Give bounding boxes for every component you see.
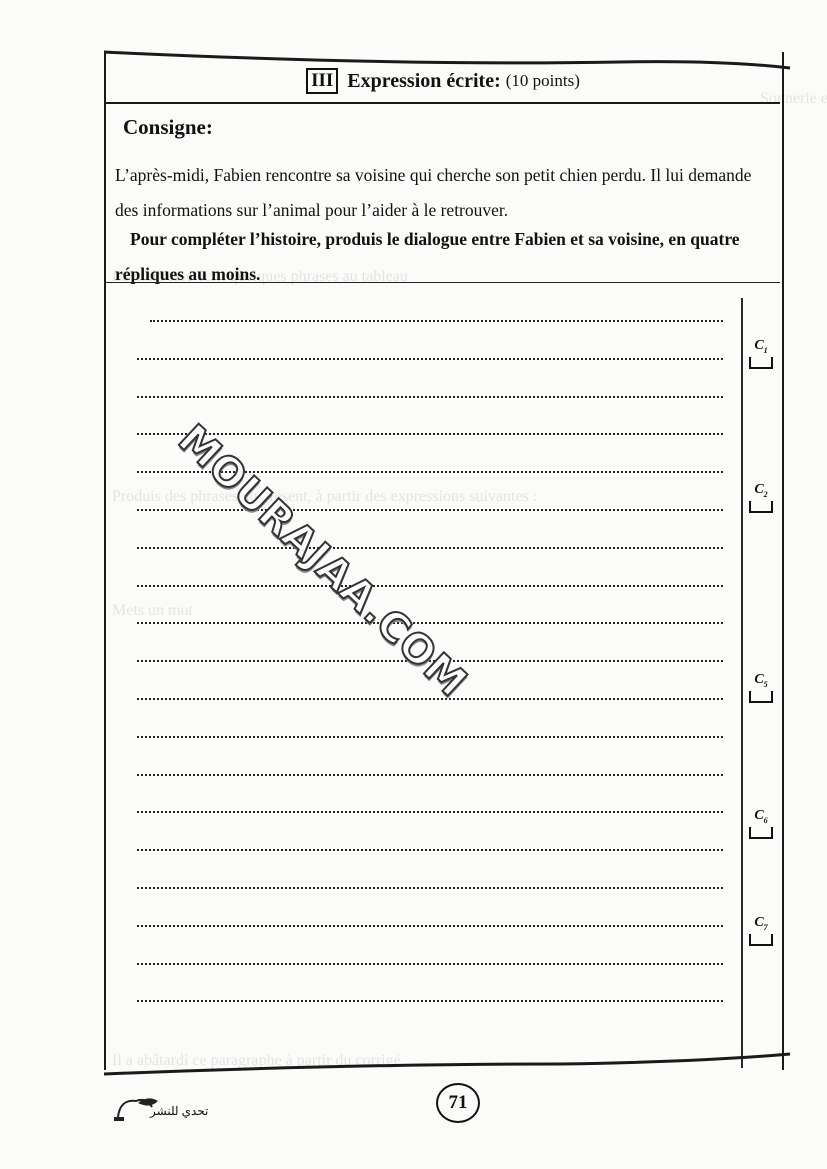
- instruction-text: Pour compléter l’histoire, produis le di…: [115, 229, 740, 284]
- criterion-marker: C6: [748, 808, 774, 839]
- answer-line[interactable]: [137, 698, 723, 700]
- answer-line[interactable]: [137, 622, 723, 624]
- answer-line[interactable]: [137, 849, 723, 851]
- answer-line[interactable]: [137, 774, 723, 776]
- criterion-marker: C5: [748, 672, 774, 703]
- answer-line[interactable]: [150, 320, 723, 322]
- answer-line[interactable]: [137, 963, 723, 965]
- answer-line[interactable]: [137, 1000, 723, 1002]
- criterion-label: C7: [748, 915, 774, 932]
- criterion-score-box[interactable]: [749, 357, 773, 369]
- answer-line[interactable]: [137, 547, 723, 549]
- criterion-marker: C2: [748, 482, 774, 513]
- answer-line[interactable]: [137, 925, 723, 927]
- answer-line[interactable]: [137, 887, 723, 889]
- criterion-score-box[interactable]: [749, 691, 773, 703]
- criterion-label: C1: [748, 338, 774, 355]
- section-points: (10 points): [506, 71, 580, 91]
- criterion-label: C2: [748, 482, 774, 499]
- criteria-margin-line: [741, 298, 743, 1068]
- divider: [106, 282, 780, 283]
- section-title: Expression écrite:: [347, 70, 501, 93]
- criterion-score-box[interactable]: [749, 934, 773, 946]
- consigne-text: L’après-midi, Fabien rencontre sa voisin…: [115, 158, 775, 228]
- criterion-marker: C1: [748, 338, 774, 369]
- answer-line[interactable]: [137, 358, 723, 360]
- section-header: III Expression écrite: (10 points): [106, 60, 780, 104]
- page-number: 71: [436, 1083, 480, 1123]
- criterion-label: C5: [748, 672, 774, 689]
- answer-line[interactable]: [137, 509, 723, 511]
- criterion-marker: C7: [748, 915, 774, 946]
- answer-line[interactable]: [137, 433, 723, 435]
- consigne-label: Consigne:: [123, 115, 213, 140]
- section-number: III: [306, 68, 338, 94]
- criterion-label: C6: [748, 808, 774, 825]
- answer-line[interactable]: [137, 585, 723, 587]
- answer-line[interactable]: [137, 396, 723, 398]
- frame-bottom-border: [100, 1050, 800, 1080]
- answer-line[interactable]: [137, 736, 723, 738]
- criterion-score-box[interactable]: [749, 501, 773, 513]
- criterion-score-box[interactable]: [749, 827, 773, 839]
- answer-line[interactable]: [137, 811, 723, 813]
- publisher-name: تحدي للنشر: [150, 1104, 208, 1119]
